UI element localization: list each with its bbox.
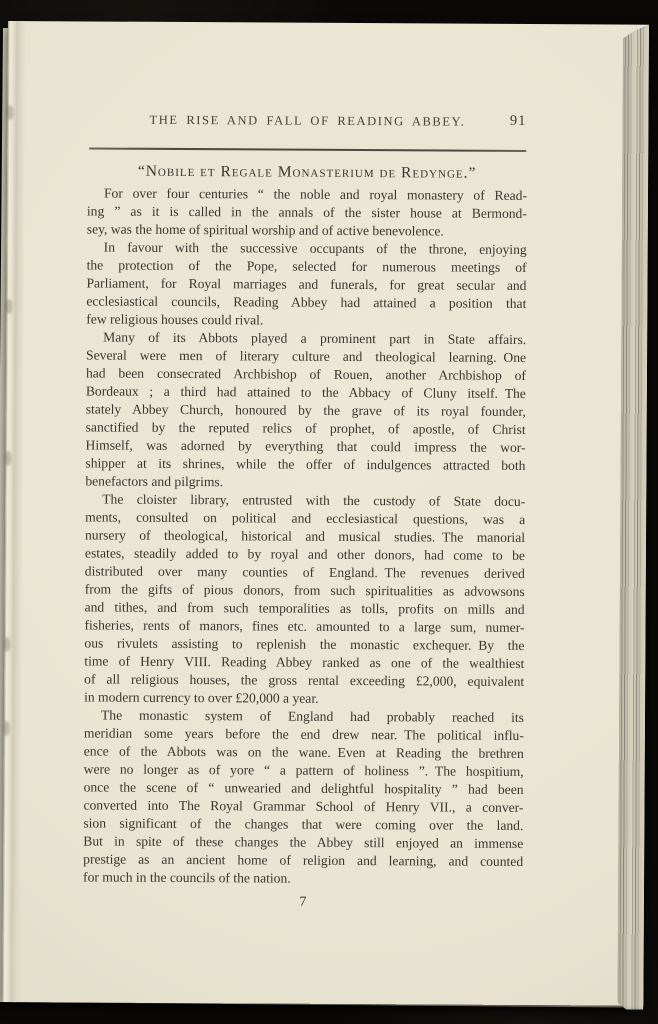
binding-notch [6, 105, 13, 120]
chapter-heading: “Nobile et Regale Monasterium de Redynge… [87, 162, 527, 183]
book-page: THE RISE AND FALL OF READING ABBEY. 91 “… [2, 21, 649, 1006]
paragraph: The monastic system of England had proba… [83, 706, 524, 889]
signature-mark: 7 [83, 893, 523, 912]
binding-notch [5, 299, 12, 314]
text-block: For over four centuries “ the noble and … [83, 184, 527, 889]
binding-notch [3, 721, 10, 736]
header-rule [89, 147, 526, 152]
paragraph: Many of its Abbots played a prominent pa… [85, 328, 526, 493]
paragraph: In favour with the successive occupants … [86, 238, 527, 331]
page-number: 91 [510, 113, 527, 130]
paragraph: For over four centuries “ the noble and … [87, 184, 527, 241]
binding-notch [3, 637, 10, 652]
binding-notch [4, 451, 11, 466]
fore-edge-pages [617, 25, 649, 1010]
text-line: for much in the councils of the nation. [83, 868, 523, 889]
running-head: THE RISE AND FALL OF READING ABBEY. [87, 112, 527, 130]
page-content: THE RISE AND FALL OF READING ABBEY. 91 “… [88, 21, 528, 24]
paragraph: The cloister library, entrusted with the… [84, 490, 525, 709]
